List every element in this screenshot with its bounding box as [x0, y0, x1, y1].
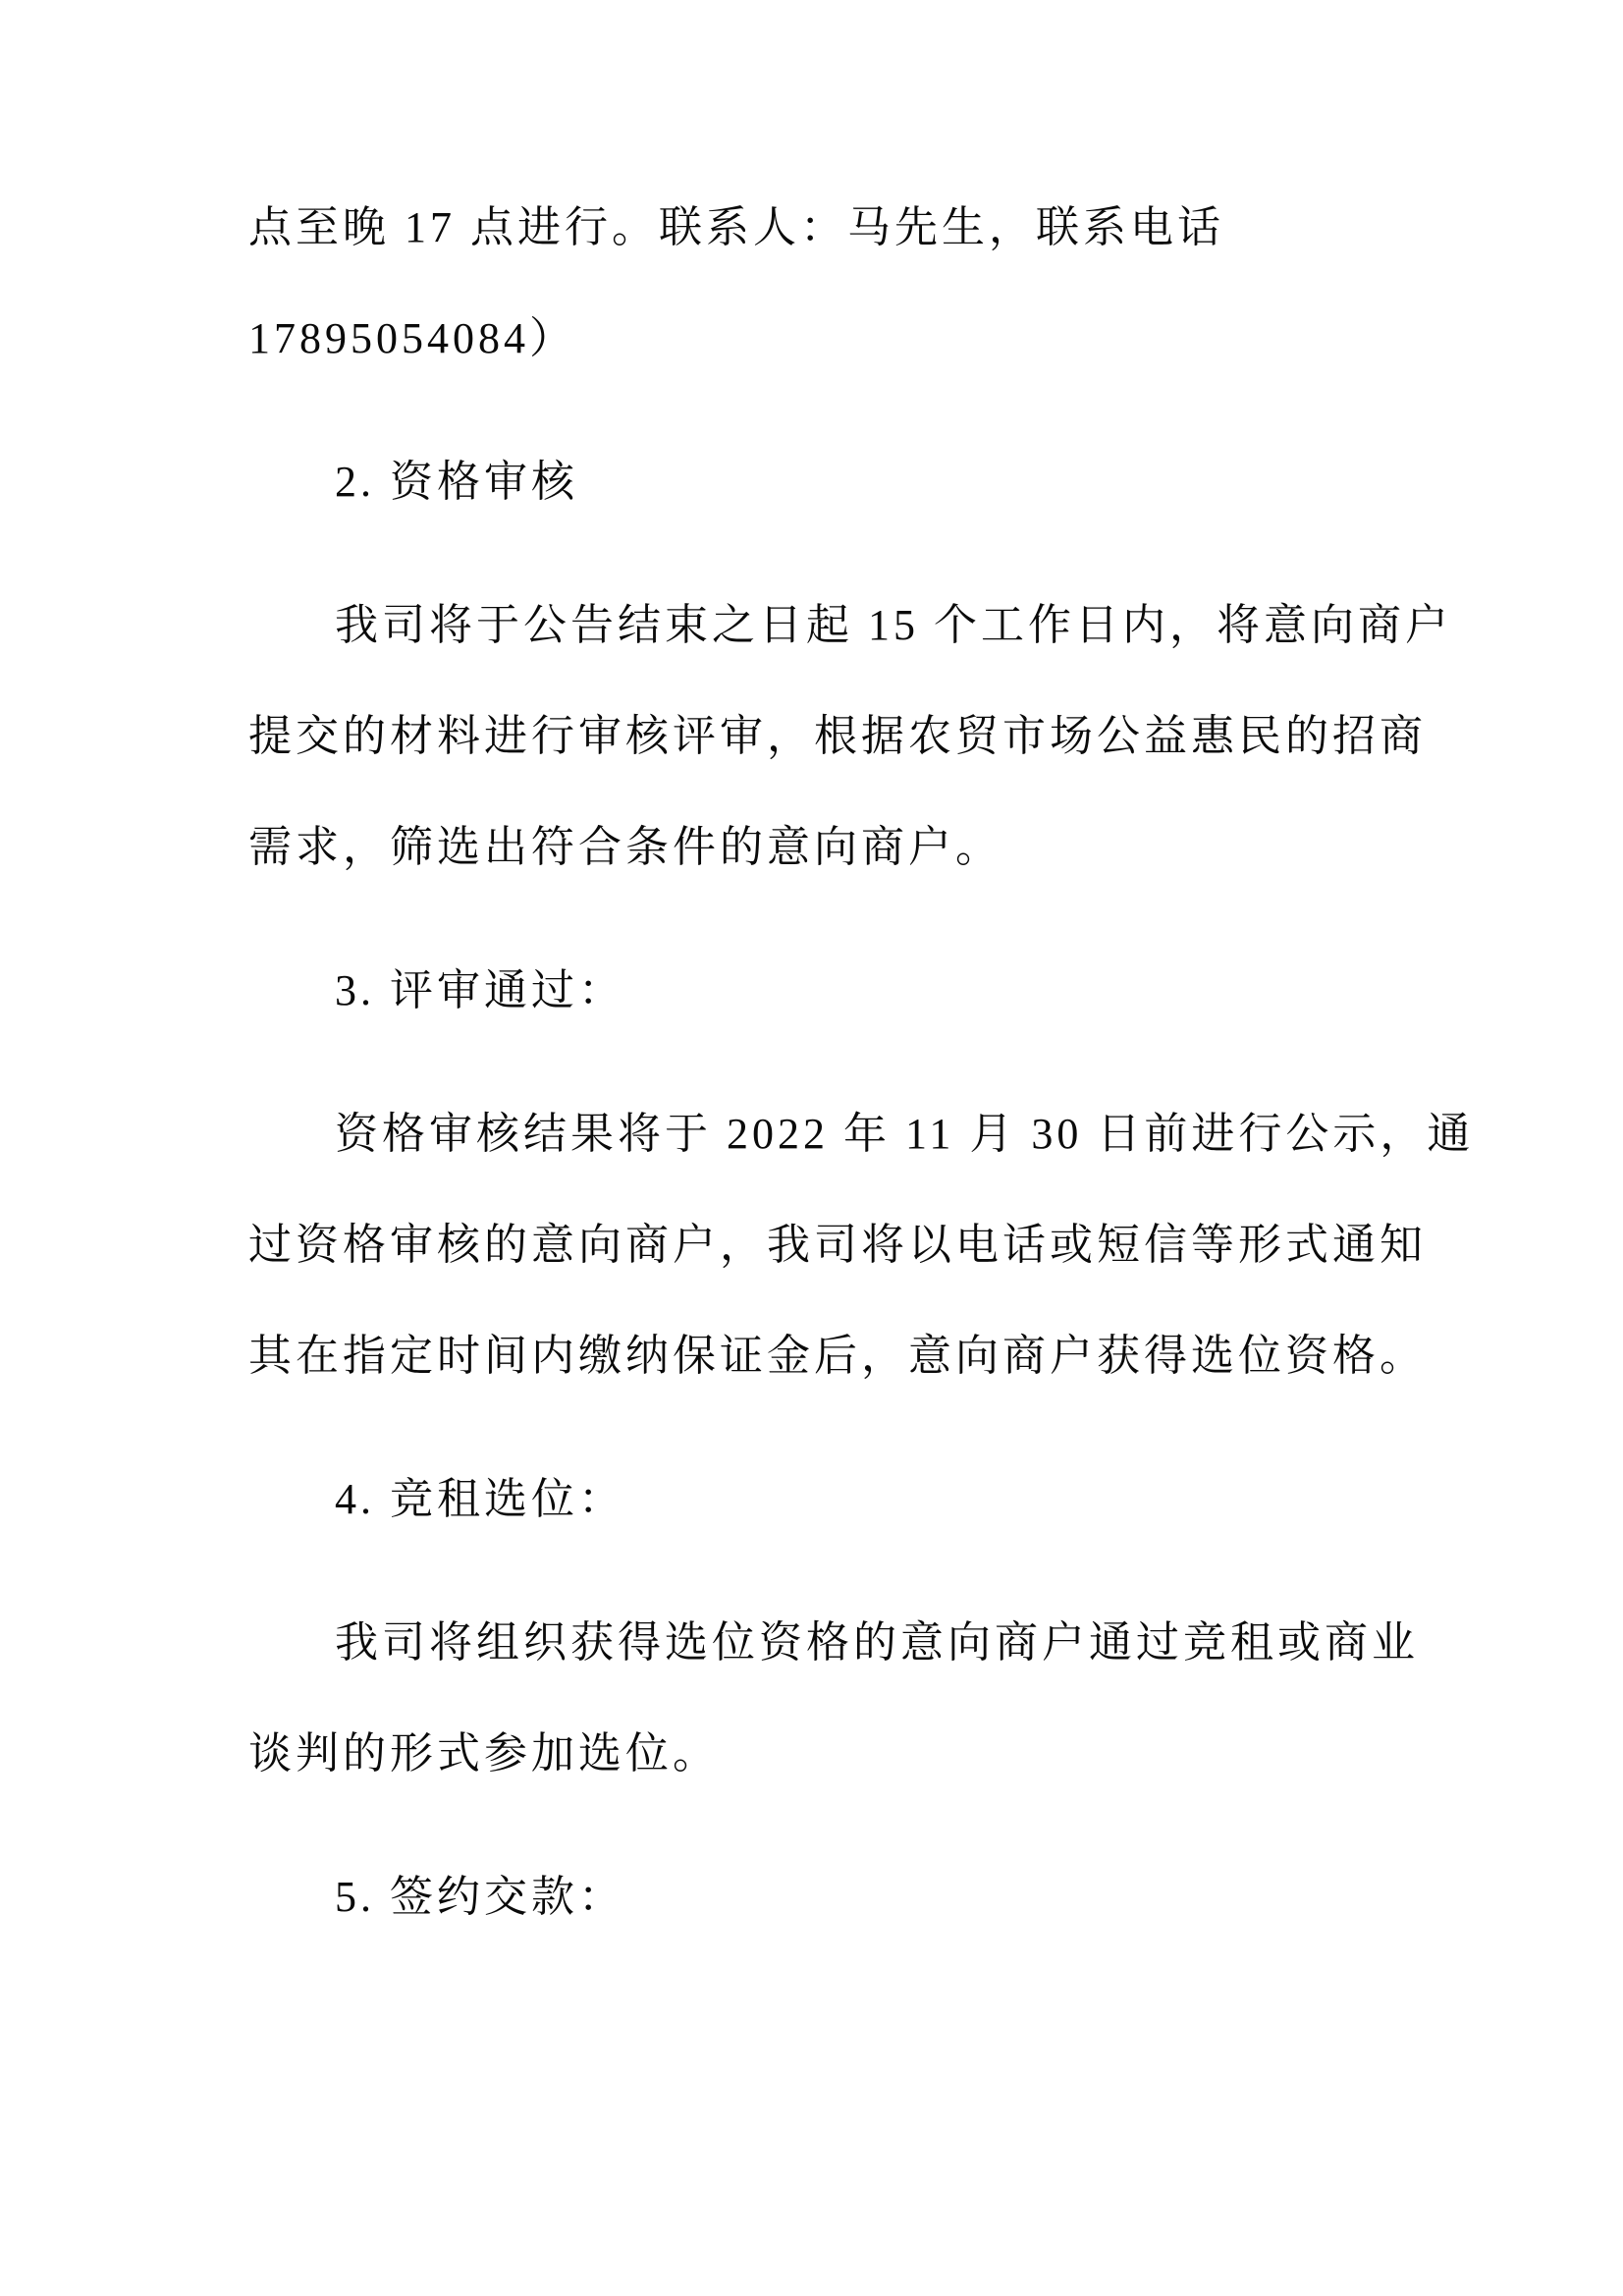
heading-section-2: 2. 资格审核: [248, 426, 1375, 537]
heading-line: 3. 评审通过：: [248, 935, 1375, 1046]
text-line: 需求，筛选出符合条件的意向商户。: [248, 792, 1375, 902]
heading-line: 4. 竞租选位：: [248, 1444, 1375, 1555]
text-line: 我司将组织获得选位资格的意向商户通过竞租或商业: [248, 1587, 1375, 1698]
heading-section-5: 5. 签约交款：: [248, 1841, 1375, 1952]
heading-section-3: 3. 评审通过：: [248, 935, 1375, 1046]
document-page: 点至晚 17 点进行。联系人：马先生，联系电话 17895054084） 2. …: [0, 0, 1623, 2296]
paragraph-bidding-selection: 我司将组织获得选位资格的意向商户通过竞租或商业 谈判的形式参加选位。: [248, 1587, 1375, 1809]
text-line: 我司将于公告结束之日起 15 个工作日内，将意向商户: [248, 570, 1375, 681]
heading-line: 5. 签约交款：: [248, 1841, 1375, 1952]
heading-section-4: 4. 竞租选位：: [248, 1444, 1375, 1555]
text-line: 谈判的形式参加选位。: [248, 1698, 1375, 1809]
text-line: 其在指定时间内缴纳保证金后，意向商户获得选位资格。: [248, 1300, 1375, 1411]
text-line: 资格审核结果将于 2022 年 11 月 30 日前进行公示，通: [248, 1078, 1375, 1189]
heading-line: 2. 资格审核: [248, 426, 1375, 537]
paragraph-review-result: 资格审核结果将于 2022 年 11 月 30 日前进行公示，通 过资格审核的意…: [248, 1078, 1375, 1411]
text-line-phone-number: 17895054084）: [248, 283, 1375, 394]
text-line: 过资格审核的意向商户，我司将以电话或短信等形式通知: [248, 1189, 1375, 1300]
text-line: 提交的材料进行审核评审，根据农贸市场公益惠民的招商: [248, 681, 1375, 792]
paragraph-contact-continuation: 点至晚 17 点进行。联系人：马先生，联系电话 17895054084）: [248, 172, 1375, 394]
text-line: 点至晚 17 点进行。联系人：马先生，联系电话: [248, 172, 1375, 283]
paragraph-qualification-review: 我司将于公告结束之日起 15 个工作日内，将意向商户 提交的材料进行审核评审，根…: [248, 570, 1375, 902]
